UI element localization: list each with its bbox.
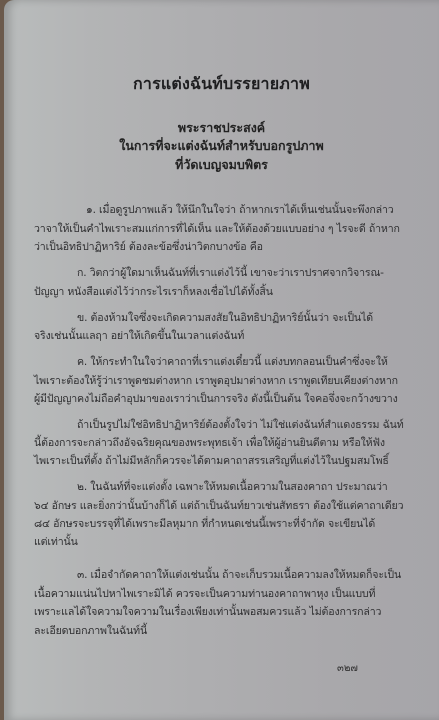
paragraph-line: จริงเช่นนั้นแลฤา อย่าให้เกิดขึ้นในเวลาแต… xyxy=(34,327,244,344)
section-subheading: ที่วัดเบญจมบพิตร xyxy=(4,155,439,175)
paragraph-line: เนื้อความแน่นไปหาไพเราะมิได้ ควรจะเป็นคว… xyxy=(34,585,375,602)
paragraph-line: ละเอียดบอกภาพในฉันท์นี้ xyxy=(34,622,147,639)
paragraph-line: ๓. เมื่อจำกัดคาถาให้แต่งเช่นนั้น ถ้าจะเก… xyxy=(77,566,401,583)
paragraph-line: ผู้มีปัญญาคงไม่ถือคำอุปมาของเราว่าเป็นกา… xyxy=(34,390,398,407)
paragraph-line: ค. ให้กระทำในใจว่าคาถาที่เราแต่งเดี๋ยวนี… xyxy=(77,353,388,370)
paragraph-line: ว่าเป็นอิทธิปาฏิหาริย์ ต้องละข้อซึ่งน่าว… xyxy=(34,238,263,255)
paragraph-line: ๒. ในฉันท์ที่จะแต่งตั้ง เฉพาะให้หมดเนื้อ… xyxy=(77,478,388,495)
paragraph-line: ข. ต้องห้ามใจซึ่งจะเกิดความสงสัยในอิทธิป… xyxy=(77,309,373,326)
paragraph-line: แต่เท่านั้น xyxy=(34,533,78,550)
chapter-title: การแต่งฉันท์บรรยายภาพ xyxy=(4,72,439,97)
paragraph-line: ๘๔ อักษรจะบรรจุที่ได้เพราะมีลหุมาก ที่กำ… xyxy=(34,515,375,532)
section-subheading: ในการที่จะแต่งฉันท์สำหรับบอกรูปภาพ xyxy=(4,136,439,156)
paragraph-line: นี้ต้องการจะกล่าวถึงอัจฉริยคุณของพระพุทธ… xyxy=(34,434,385,451)
book-page: การแต่งฉันท์บรรยายภาพ พระราชประสงค์ ในกา… xyxy=(4,0,439,720)
page-number: ๓๒๗ xyxy=(337,661,358,676)
paragraph-line: ไพเราะเป็นที่ตั้ง ถ้าไม่มีหลักก็ควรจะได้… xyxy=(34,452,389,469)
paragraph-line: วาจาให้เป็นคำไพเราะสมแก่การที่ได้เห็น แล… xyxy=(34,220,400,237)
paragraph-line: ๖๔ อักษร และยิ่งกว่านั้นบ้างก็ได้ แต่ถ้า… xyxy=(34,497,403,514)
paragraph-line: ปัญญา หนังสือแต่งไว้ว่ากระไรเราก็หลงเชื่… xyxy=(34,283,273,300)
paragraph-line: ไพเราะต้องให้รู้ว่าเราพูดชมต่างหาก เราพู… xyxy=(34,372,398,389)
paragraph-line: ก. วิตกว่าผู้ใดมาเห็นฉันท์ที่เราแต่งไว้น… xyxy=(77,264,384,281)
paragraph-line: เพราะแลได้ใจความใจความในเรื่องเพียงเท่าน… xyxy=(34,603,381,620)
paragraph-line: ถ้าเป็นรูปไม่ใช่อิทธิปาฏิหาริย์ต้องตั้งใ… xyxy=(77,416,404,433)
section-heading: พระราชประสงค์ xyxy=(4,118,439,138)
paragraph-line: ๑. เมื่อดูรูปภาพแล้ว ให้นึกในใจว่า ถ้าหา… xyxy=(86,201,394,218)
